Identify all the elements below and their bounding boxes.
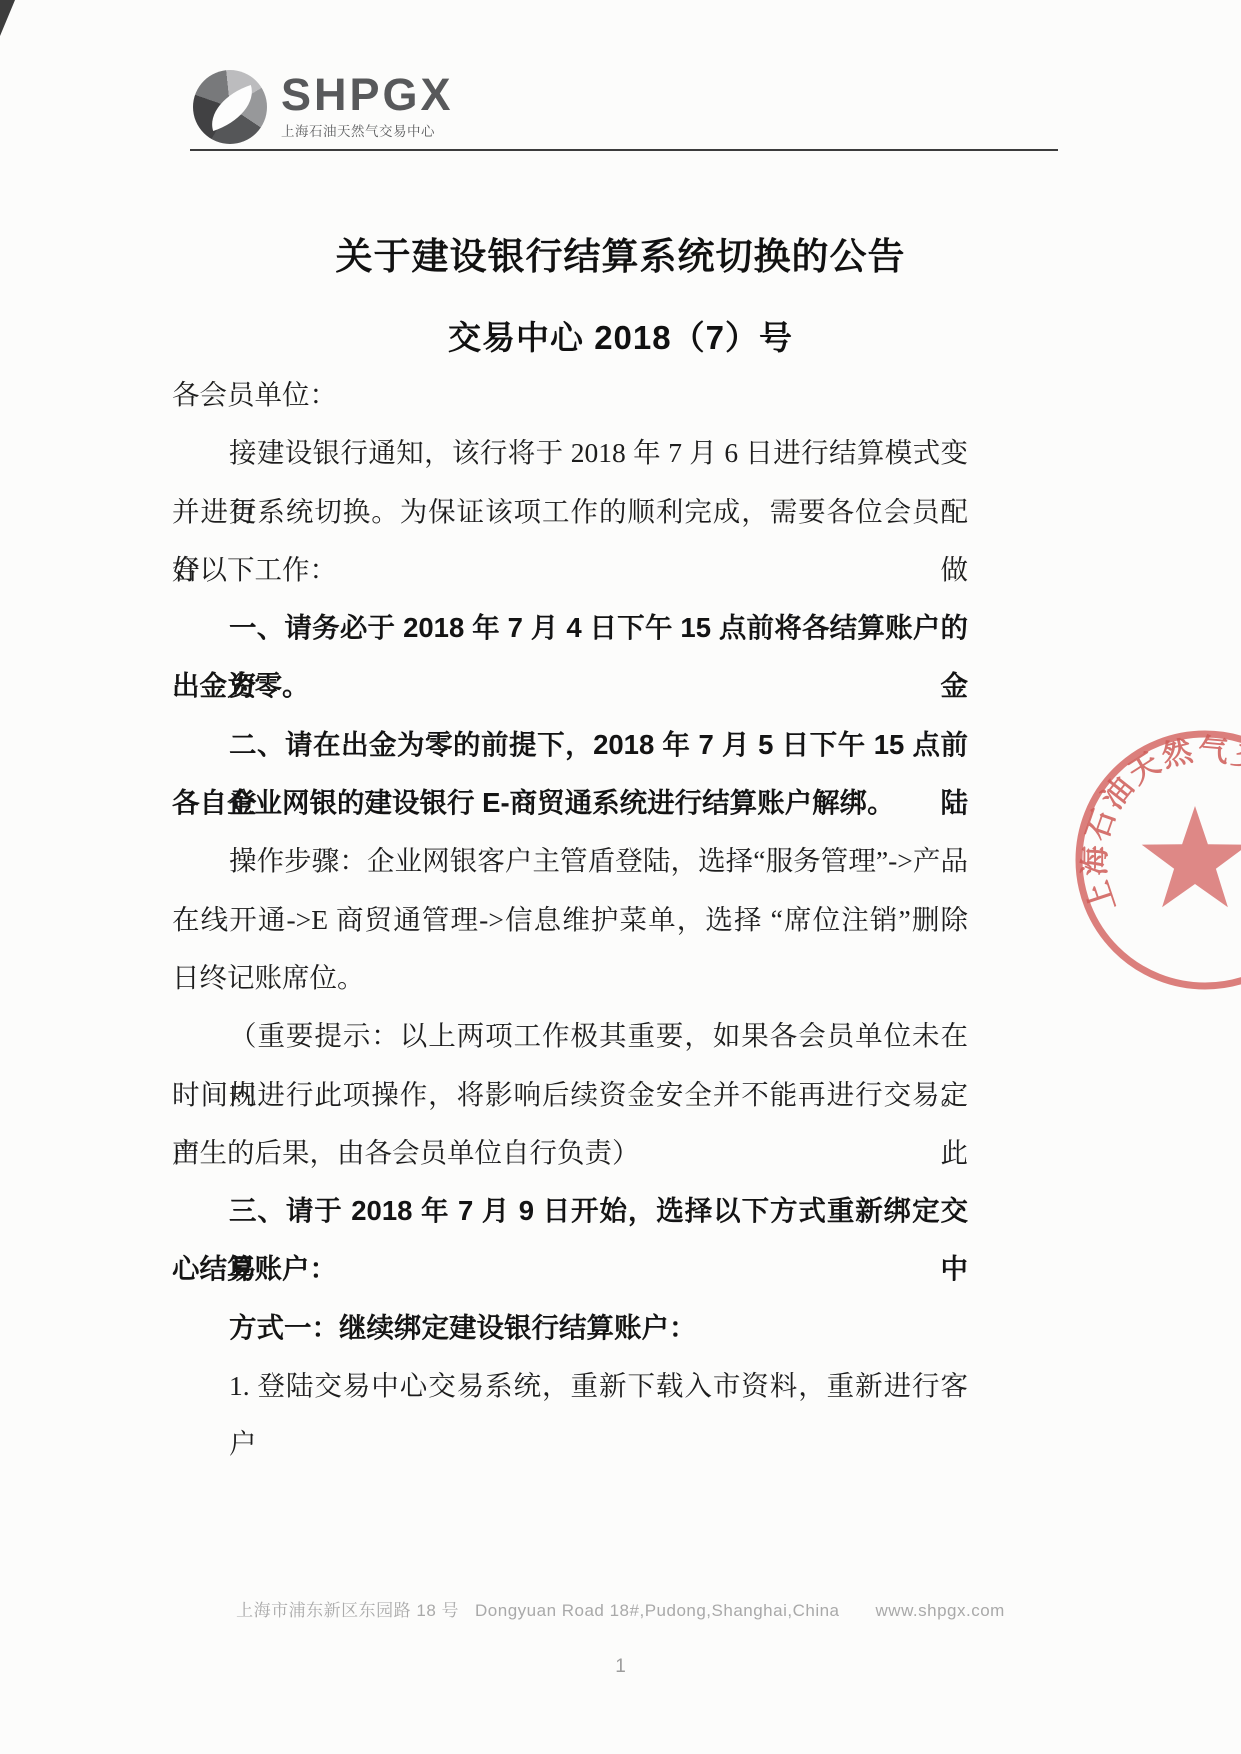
logo-brand-text: SHPGX: [281, 72, 454, 118]
page-number: 1: [0, 1656, 1241, 1678]
seal-star-icon: [1142, 806, 1241, 907]
logo-text-block: SHPGX 上海石油天然气交易中心: [281, 70, 454, 140]
body-line: 二、请在出金为零的前提下，2018 年 7 月 5 日下午 15 点前登陆: [172, 716, 968, 774]
logo-subtitle-text: 上海石油天然气交易中心: [281, 120, 454, 140]
body-line: 方式一：继续绑定建设银行结算账户：: [172, 1299, 968, 1357]
scan-corner-artifact: [0, 0, 15, 36]
announcement-title: 关于建设银行结算系统切换的公告: [0, 226, 1241, 280]
header-divider: [190, 149, 1058, 151]
document-number: 交易中心 2018（7）号: [0, 312, 1241, 359]
official-seal-stamp: 上海石油天然气交易中心: [1055, 710, 1241, 1010]
body-text: 各会员单位： 接建设银行通知，该行将于 2018 年 7 月 6 日进行结算模式…: [172, 366, 968, 1415]
body-line: 接建设银行通知，该行将于 2018 年 7 月 6 日进行结算模式变更: [172, 424, 968, 482]
logo-leaf-shape: [203, 85, 260, 131]
body-line: 三、请于 2018 年 7 月 9 日开始，选择以下方式重新绑定交易中: [172, 1182, 968, 1240]
body-line: 并进行系统切换。为保证该项工作的顺利完成，需要各位会员配合做: [172, 483, 968, 541]
body-line: 在线开通->E 商贸通管理->信息维护菜单，选择 “席位注销”删除: [172, 891, 968, 949]
body-line: 一、请务必于 2018 年 7 月 4 日下午 15 点前将各结算账户的资金: [172, 599, 968, 657]
body-line: 时间内进行此项操作，将影响后续资金安全并不能再进行交易。由此: [172, 1066, 968, 1124]
body-line: 操作步骤：企业网银客户主管盾登陆，选择“服务管理”->产品: [172, 832, 968, 890]
footer-address-cn: 上海市浦东新区东园路 18 号: [236, 1601, 459, 1620]
footer-website: www.shpgx.com: [876, 1601, 1005, 1620]
body-line: 1. 登陆交易中心交易系统，重新下载入市资料，重新进行客户: [172, 1357, 968, 1415]
footer-address: 上海市浦东新区东园路 18 号Dongyuan Road 18#,Pudong,…: [0, 1596, 1241, 1621]
body-line: （重要提示：以上两项工作极其重要，如果各会员单位未在规定: [172, 1007, 968, 1065]
body-line: 日终记账席位。: [172, 949, 968, 1007]
shpgx-logo: SHPGX 上海石油天然气交易中心: [193, 70, 454, 144]
scanned-announcement-page: SHPGX 上海石油天然气交易中心 关于建设银行结算系统切换的公告 交易中心 2…: [0, 0, 1241, 1754]
salutation: 各会员单位：: [172, 366, 968, 424]
body-line: 各自企业网银的建设银行 E-商贸通系统进行结算账户解绑。: [172, 774, 968, 832]
shpgx-logo-icon: [193, 70, 267, 144]
footer-address-en: Dongyuan Road 18#,Pudong,Shanghai,China: [475, 1601, 840, 1620]
